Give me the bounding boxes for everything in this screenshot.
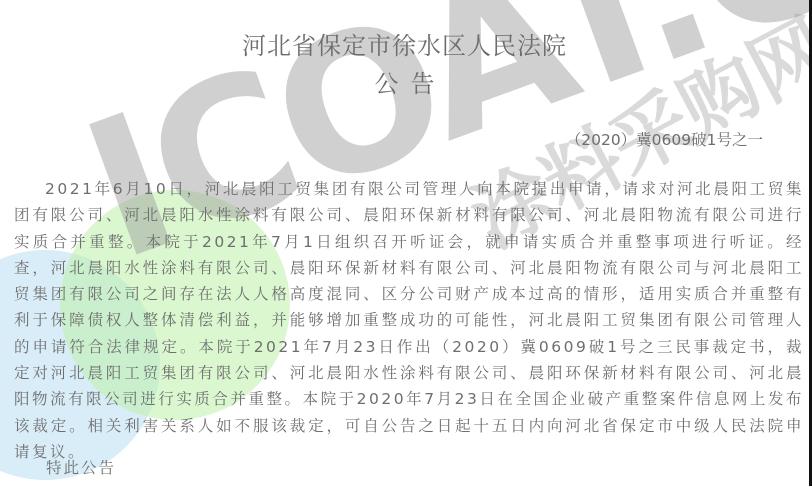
announcement-body: 2021年6月10日，河北晨阳工贸集团有限公司管理人向本院提出申请，请求对河北晨…: [14, 176, 804, 465]
closing-statement: 特此公告: [46, 456, 116, 478]
court-name-heading: 河北省保定市徐水区人民法院: [0, 26, 809, 61]
document-page: ICOAT.CC 涂料采购网 河北省保定市徐水区人民法院 公告 （2020）冀0…: [0, 0, 809, 486]
body-paragraph: 2021年6月10日，河北晨阳工贸集团有限公司管理人向本院提出申请，请求对河北晨…: [14, 176, 804, 465]
case-number: （2020）冀0609破1号之一: [566, 128, 763, 150]
announcement-title: 公告: [0, 64, 809, 99]
